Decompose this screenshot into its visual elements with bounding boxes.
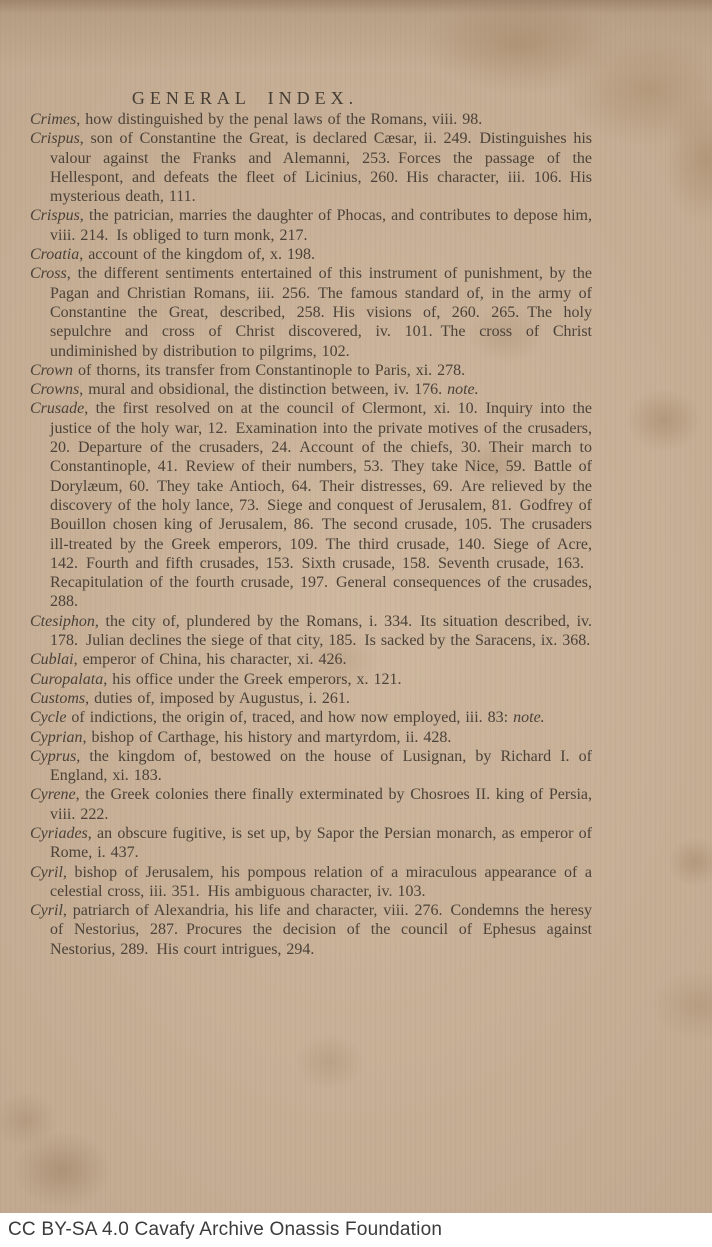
- entry-text: , the different sentiments entertained o…: [50, 265, 592, 359]
- entry-text: , duties of, imposed by Augustus, i. 261…: [85, 690, 350, 707]
- entry-text: , patriarch of Alexandria, his life and …: [50, 902, 592, 958]
- entry-note: note.: [447, 381, 479, 398]
- entry-text: , the first resolved on at the council o…: [50, 400, 592, 610]
- index-entry: Cyprian, bishop of Carthage, his history…: [30, 728, 592, 747]
- index-entry: Cycle of indictions, the origin of, trac…: [30, 708, 592, 727]
- index-entry: Crispus, son of Constantine the Great, i…: [30, 129, 592, 206]
- entry-text: , his office under the Greek emperors, x…: [103, 671, 401, 688]
- entry-headword: Ctesiphon: [30, 613, 95, 630]
- entry-headword: Crimes: [30, 111, 76, 128]
- entry-headword: Cublai: [30, 651, 74, 668]
- entry-text: , the patrician, marries the daughter of…: [50, 207, 592, 243]
- entry-headword: Cycle: [30, 709, 66, 726]
- index-entry: Cyprus, the kingdom of, bestowed on the …: [30, 747, 592, 786]
- page-title: GENERAL INDEX.: [30, 88, 460, 109]
- entry-note: note.: [513, 709, 545, 726]
- index-entry: Cyril, patriarch of Alexandria, his life…: [30, 901, 592, 959]
- entry-headword: Cross: [30, 265, 67, 282]
- index-entry: Curopalata, his office under the Greek e…: [30, 670, 592, 689]
- scanned-book-page: GENERAL INDEX. Crimes, how distinguished…: [0, 0, 712, 1247]
- index-entry: Crown of thorns, its transfer from Const…: [30, 361, 592, 380]
- entry-text: , the city of, plundered by the Romans, …: [50, 613, 592, 649]
- entry-headword: Cyrene: [30, 786, 76, 803]
- entry-text: , the Greek colonies there finally exter…: [50, 786, 592, 822]
- index-entry: Crusade, the first resolved on at the co…: [30, 399, 592, 611]
- entry-headword: Cyprian: [30, 729, 82, 746]
- entry-headword: Cyril: [30, 902, 63, 919]
- entry-headword: Croatia: [30, 246, 79, 263]
- entry-headword: Crowns: [30, 381, 79, 398]
- index-entry: Crispus, the patrician, marries the daug…: [30, 206, 592, 245]
- entry-headword: Crispus: [30, 130, 80, 147]
- entry-text: , account of the kingdom of, x. 198.: [79, 246, 315, 263]
- license-text: CC BY-SA 4.0 Cavafy Archive Onassis Foun…: [0, 1219, 442, 1241]
- index-entry: Cyrene, the Greek colonies there finally…: [30, 785, 592, 824]
- entry-text: , an obscure fugitive, is set up, by Sap…: [50, 825, 592, 861]
- entry-headword: Crown: [30, 362, 73, 379]
- index-entry: Cyriades, an obscure fugitive, is set up…: [30, 824, 592, 863]
- index-entry: Cross, the different sentiments entertai…: [30, 264, 592, 360]
- index-entry: Crimes, how distinguished by the penal l…: [30, 110, 592, 129]
- index-entry: Ctesiphon, the city of, plundered by the…: [30, 612, 592, 651]
- entry-text: , son of Constantine the Great, is decla…: [50, 130, 592, 205]
- entry-headword: Curopalata: [30, 671, 103, 688]
- entry-headword: Cyriades: [30, 825, 88, 842]
- index-text-block: Crimes, how distinguished by the penal l…: [30, 110, 592, 959]
- entry-headword: Customs: [30, 690, 85, 707]
- entry-text: of thorns, its transfer from Constantino…: [73, 362, 465, 379]
- index-entry: Crowns, mural and obsidional, the distin…: [30, 380, 592, 399]
- entry-headword: Cyril: [30, 864, 63, 881]
- index-entry: Croatia, account of the kingdom of, x. 1…: [30, 245, 592, 264]
- license-footer-bar: CC BY-SA 4.0 Cavafy Archive Onassis Foun…: [0, 1213, 712, 1247]
- entry-text: , bishop of Carthage, his history and ma…: [82, 729, 451, 746]
- entry-text: , bishop of Jerusalem, his pompous relat…: [50, 864, 592, 900]
- entry-text: , emperor of China, his character, xi. 4…: [74, 651, 347, 668]
- index-entry: Cyril, bishop of Jerusalem, his pompous …: [30, 863, 592, 902]
- index-entry: Cublai, emperor of China, his character,…: [30, 650, 592, 669]
- entry-text: , the kingdom of, bestowed on the house …: [50, 748, 592, 784]
- entry-text: , mural and obsidional, the distinction …: [79, 381, 447, 398]
- entry-headword: Crusade: [30, 400, 84, 417]
- index-entry: Customs, duties of, imposed by Augustus,…: [30, 689, 592, 708]
- entry-text: of indictions, the origin of, traced, an…: [66, 709, 513, 726]
- entry-headword: Crispus: [30, 207, 80, 224]
- entry-headword: Cyprus: [30, 748, 76, 765]
- entry-text: , how distinguished by the penal laws of…: [76, 111, 482, 128]
- paper-scan: GENERAL INDEX. Crimes, how distinguished…: [0, 0, 712, 1213]
